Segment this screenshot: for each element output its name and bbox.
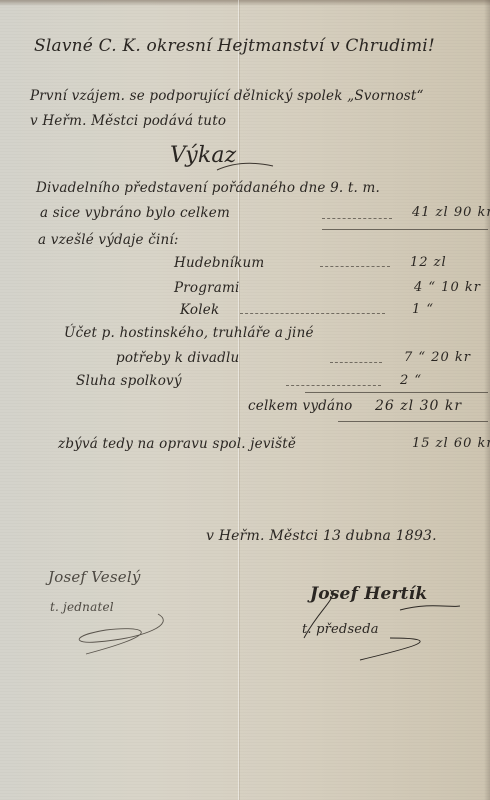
income-total: 41 zl 90 kr <box>412 205 490 220</box>
income-underline <box>322 229 488 230</box>
expense-label: Hudebníkum <box>174 255 264 271</box>
expense-label: Programi <box>174 280 240 296</box>
addressee-line: Slavné C. K. okresní Hejtmanství v Chrud… <box>34 36 435 56</box>
description-line-2: a sice vybráno bylo celkem <box>40 205 230 221</box>
expense-amount: 2 “ <box>400 373 422 388</box>
leader-dashes <box>322 218 392 219</box>
leader-dashes <box>240 313 385 314</box>
right-edge-shadow <box>484 0 490 800</box>
expense-label-continued: potřeby k divadlu <box>116 350 239 366</box>
paper-fold-line <box>238 0 239 800</box>
signature-flourish <box>66 612 176 657</box>
expenses-intro: a vzešlé výdaje činí: <box>38 232 179 248</box>
remainder-amount: 15 zl 60 kr <box>412 436 490 451</box>
leader-dashes <box>286 385 381 386</box>
expenses-total-label: celkem vydáno <box>248 398 353 414</box>
signature-flourish <box>300 588 460 668</box>
signature-name: Josef Veselý <box>48 568 141 586</box>
expenses-total: 26 zl 30 kr <box>375 398 462 414</box>
expense-label: Sluha spolkový <box>76 373 182 389</box>
top-edge-shadow <box>0 0 490 6</box>
intro-line-2: v Heřm. Městci podává tuto <box>30 113 226 129</box>
expense-amount: 7 “ 20 kr <box>404 350 471 365</box>
leader-dashes <box>320 266 390 267</box>
title-flourish <box>215 160 275 174</box>
remainder-text: zbývá tedy na opravu spol. jeviště <box>58 436 296 452</box>
expenses-total-underline <box>338 421 488 422</box>
expense-label: Kolek <box>180 302 219 318</box>
scanned-document-page: Slavné C. K. okresní Hejtmanství v Chrud… <box>0 0 490 800</box>
intro-line-1: První vzájem. se podporující dělnický sp… <box>30 88 424 104</box>
expense-amount: 4 “ 10 kr <box>414 280 481 295</box>
description-line-1: Divadelního představení pořádaného dne 9… <box>36 180 380 196</box>
place-and-date: v Heřm. Městci 13 dubna 1893. <box>206 528 437 544</box>
leader-dashes <box>330 362 382 363</box>
expenses-sum-rule <box>305 392 488 393</box>
expense-label: Účet p. hostinského, truhláře a jiné <box>64 325 314 341</box>
expense-amount: 12 zl <box>410 255 447 270</box>
expense-amount: 1 “ <box>412 302 434 317</box>
